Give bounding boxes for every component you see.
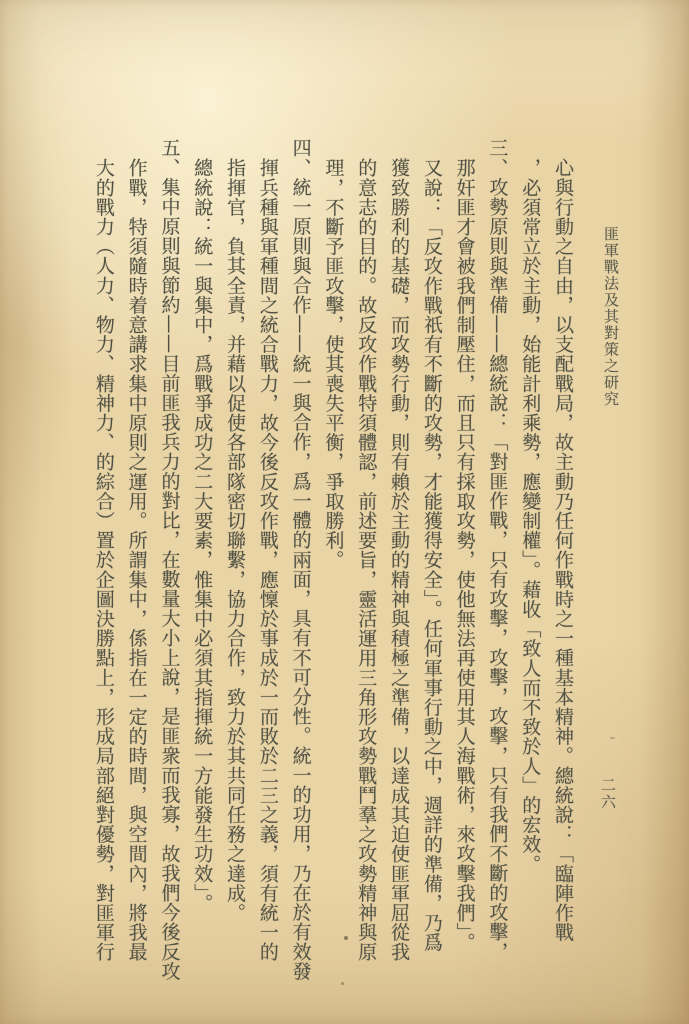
text-column: 作戰，特須隨時着意講求集中原則之運用。所謂集中，係指在一定的時間，與空間內，將我… [120,138,153,1000]
text-column: 大的戰力（人力、物力、精神力、的綜合）置於企圖決勝點上，形成局部絕對優勢，對匪軍… [87,138,120,1000]
text-column: 又說：「反攻作戰祇有不斷的攻勢，才能獲得安全」。任何軍事行動之中，週詳的準備，乃… [415,138,448,1000]
text-column: 獲致勝利的基礎，而攻勢行動，則有賴於主動的精神與積極之準備，以達成其迫使匪軍屈從… [382,138,415,1000]
text-column: 總統說：統一與集中，爲戰爭成功之二大要素，惟集中必須其指揮統一方能發生功效」。 [185,138,218,1000]
text-column-heading-3: 三、攻勢原則與準備——總統說：「對匪作戰，只有攻擊，攻擊，攻擊，只有我們不斷的攻… [481,138,514,1000]
text-column: 那奸匪才會被我們制壓住，而且只有採取攻勢，使他無法再使用其人海戰術，來攻擊我們」… [448,138,481,1000]
scanned-book-page: 匪軍戰法及其對策之研究 二六 心與行動之自由，以支配戰局，故主動乃任何作戰時之一… [0,0,689,1024]
page-number: 二六 [598,777,619,811]
text-column: 心與行動之自由，以支配戰局，故主動乃任何作戰時之一種基本精神。總統說：「臨陣作戰 [546,138,579,1000]
text-column: 理，不斷予匪攻擊，使其喪失平衡，爭取勝利。 [317,138,350,1000]
running-title: 匪軍戰法及其對策之研究 [601,226,622,408]
text-column: 指揮官，負其全責，并藉以促使各部隊密切聯繫，協力合作，致力於其共同任務之達成。 [218,138,251,1000]
text-column: 揮兵種與軍種間之統合戰力，故今後反攻作戰，應懍於事成於一而敗於二三之義，須有統一… [251,138,284,1000]
text-column-heading-4: 四、統一原則與合作——統一與合作，爲一體的兩面，具有不可分性。統一的功用，乃在於… [284,138,317,1000]
paper-speck [344,936,348,940]
paper-speck [610,737,615,739]
text-column: ，必須常立於主動，始能計利乘勢，應變制權」。藉收「致人而不致於人」的宏效。 [513,138,546,1000]
text-column-heading-5: 五、集中原則與節約——目前匪我兵力的對比，在數量大小上說，是匪衆而我寡，故我們今… [153,138,186,1000]
text-column: 的意志的目的。故反攻作戰特須體認，前述要旨，靈活運用三角形攻勢戰鬥羣之攻勢精神與… [349,138,382,1000]
text-block: 心與行動之自由，以支配戰局，故主動乃任何作戰時之一種基本精神。總統說：「臨陣作戰… [87,138,579,1000]
paper-speck [341,982,344,985]
